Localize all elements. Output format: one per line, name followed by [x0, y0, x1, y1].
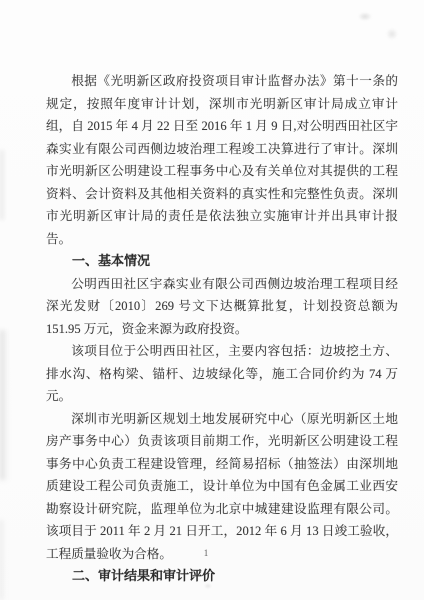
scan-speck-top-right-1	[358, 12, 372, 21]
section-heading-basic-info: 一、基本情况	[46, 250, 398, 273]
document-body: 根据《光明新区政府投资项目审计监督办法》第十一条的规定，按照年度审计计划，深圳市…	[46, 70, 398, 588]
scan-smudge-left-bottom	[0, 520, 5, 600]
basic-info-paragraph-approval: 公明西田社区宇森实业有限公司西侧边坡治理工程项目经深光发财〔2010〕269 号…	[46, 273, 398, 341]
scan-smudge-left-low	[0, 330, 8, 480]
scanned-document-page: 根据《光明新区政府投资项目审计监督办法》第十一条的规定，按照年度审计计划，深圳市…	[0, 0, 424, 600]
scan-speck-top-right-2	[386, 28, 398, 40]
page-number: 1	[196, 548, 216, 558]
intro-paragraph: 根据《光明新区政府投资项目审计监督办法》第十一条的规定，按照年度审计计划，深圳市…	[46, 70, 398, 250]
scan-smudge-left-mid	[0, 150, 6, 220]
basic-info-paragraph-scope: 该项目位于公明西田社区，主要内容包括：边坡挖土方、排水沟、格构梁、锚杆、边坡绿化…	[46, 340, 398, 408]
section-heading-audit-results: 二、审计结果和审计评价	[46, 565, 398, 588]
basic-info-paragraph-parties: 深圳市光明新区规划土地发展研究中心（原光明新区土地房产事务中心）负责该项目前期工…	[46, 408, 398, 566]
